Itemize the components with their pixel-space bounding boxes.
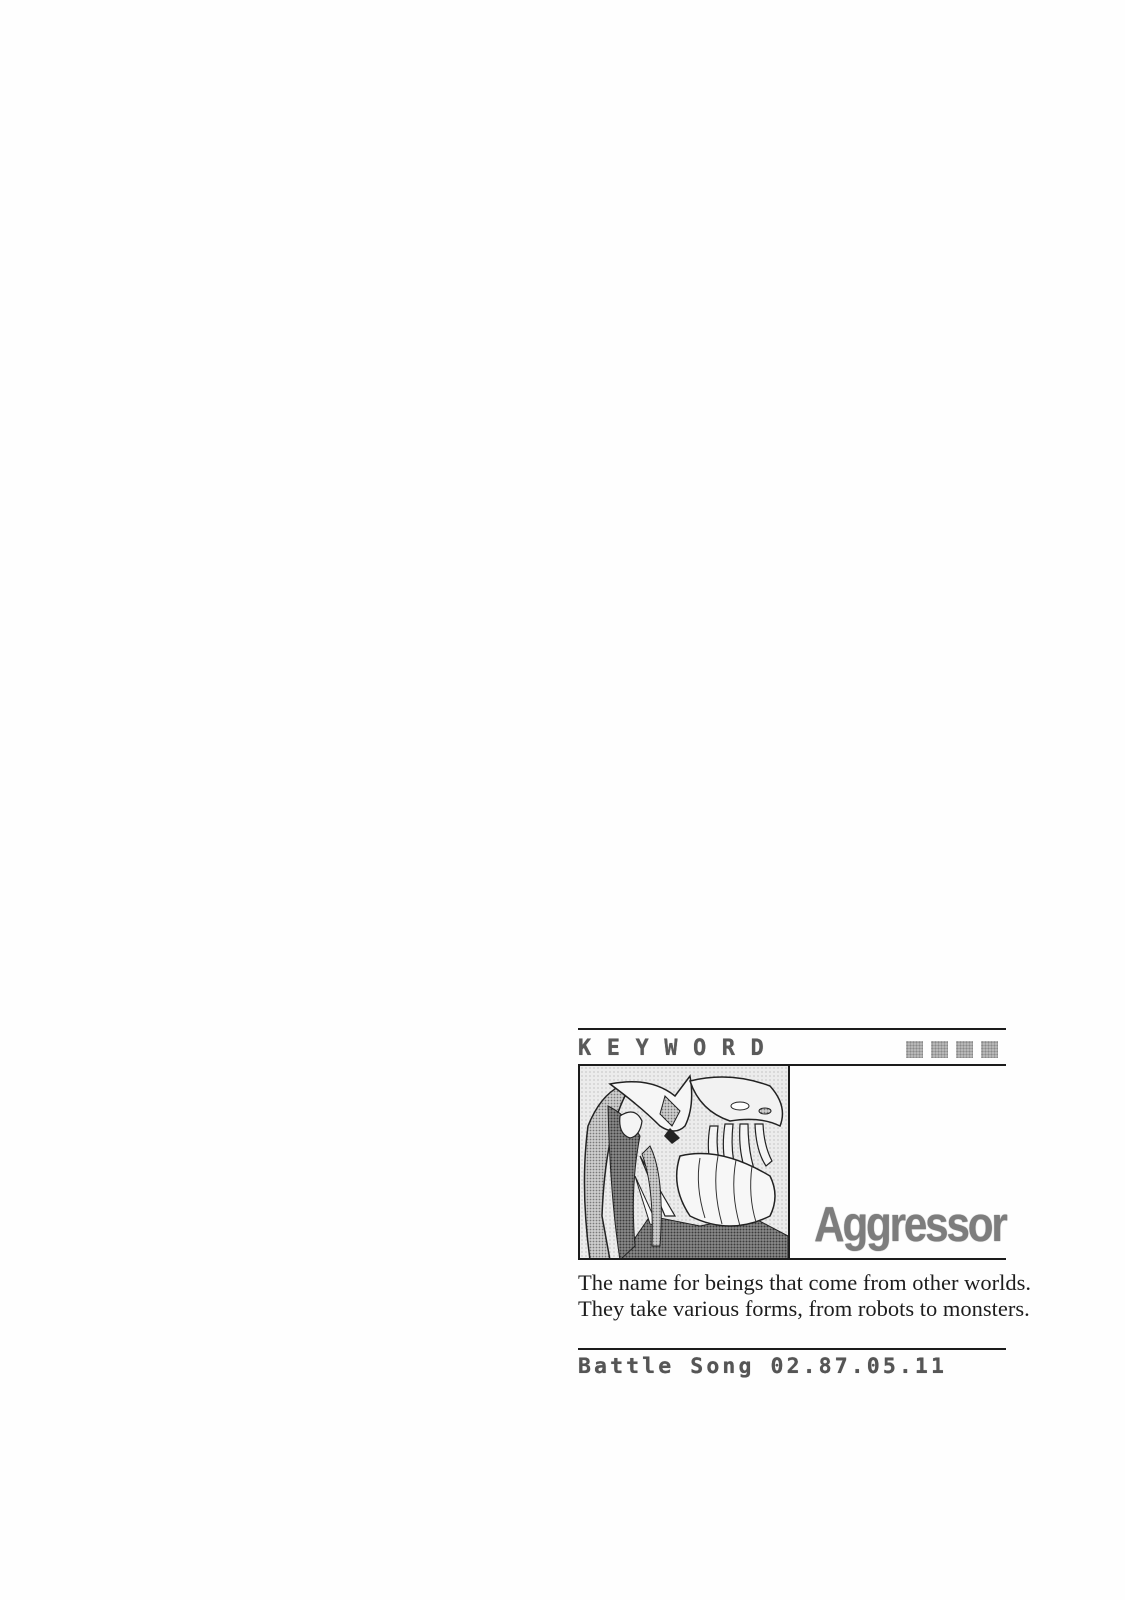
description-line: The name for beings that come from other…: [578, 1270, 1010, 1296]
header-squares: [906, 1041, 998, 1058]
footer-divider: [578, 1348, 1006, 1350]
keyword-label: KEYWORD: [578, 1036, 779, 1062]
keyword-box: Aggressor: [578, 1064, 1006, 1260]
square-icon: [931, 1041, 948, 1058]
keyword-description: The name for beings that come from other…: [578, 1270, 1010, 1322]
square-icon: [906, 1041, 923, 1058]
description-line: They take various forms, from robots to …: [578, 1296, 1010, 1322]
top-divider: [578, 1028, 1006, 1030]
keyword-header: KEYWORD: [578, 1036, 1006, 1062]
footer-credit: Battle Song 02.87.05.11: [578, 1354, 947, 1380]
robot-illustration-icon: [580, 1066, 788, 1258]
square-icon: [981, 1041, 998, 1058]
box-bottom-divider: [578, 1258, 1006, 1260]
square-icon: [956, 1041, 973, 1058]
robot-monster-illustration: [578, 1064, 790, 1258]
keyword-term: Aggressor: [815, 1201, 1006, 1250]
